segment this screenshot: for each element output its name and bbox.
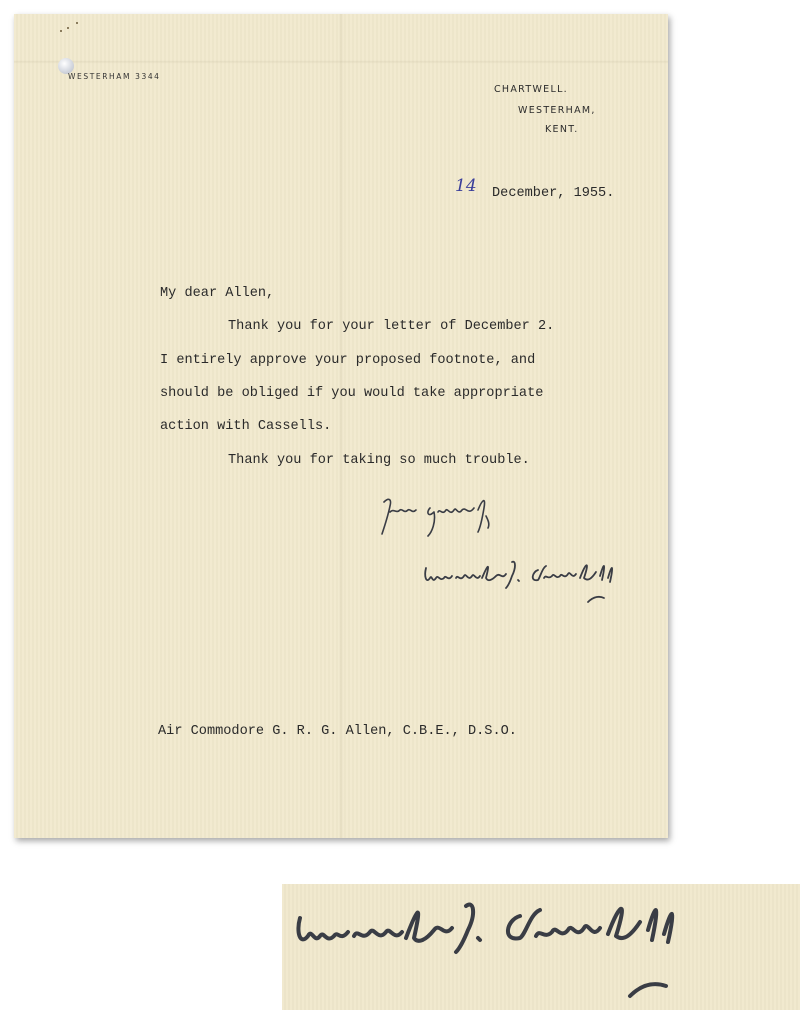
- body-line-2: I entirely approve your proposed footnot…: [160, 353, 535, 368]
- letterhead-address-line-1: CHARTWELL.: [494, 84, 568, 95]
- letterhead-address-line-3: KENT.: [545, 124, 579, 135]
- paper-speck: [67, 27, 69, 29]
- body-line-4: action with Cassells.: [160, 419, 331, 434]
- date-day-handwritten: 14: [455, 176, 477, 196]
- letterhead-telephone: WESTERHAM 3344: [68, 72, 161, 81]
- letter-page: [14, 14, 668, 838]
- salutation: My dear Allen,: [160, 286, 274, 301]
- body-line-1: Thank you for your letter of December 2.: [228, 319, 554, 334]
- body-line-5: Thank you for taking so much trouble.: [228, 453, 530, 468]
- letterhead-address-line-2: WESTERHAM,: [518, 105, 596, 116]
- signature-detail-inset: [282, 884, 800, 1010]
- signature-handwritten: [420, 558, 632, 610]
- recipient-line: Air Commodore G. R. G. Allen, C.B.E., D.…: [158, 724, 517, 739]
- paper-speck: [60, 30, 62, 32]
- body-line-3: should be obliged if you would take appr…: [160, 386, 543, 401]
- valediction-handwritten: [378, 494, 538, 540]
- signature-detail-handwritten: [290, 892, 794, 1004]
- date-text: December, 1955.: [492, 186, 614, 201]
- paper-speck: [76, 22, 78, 24]
